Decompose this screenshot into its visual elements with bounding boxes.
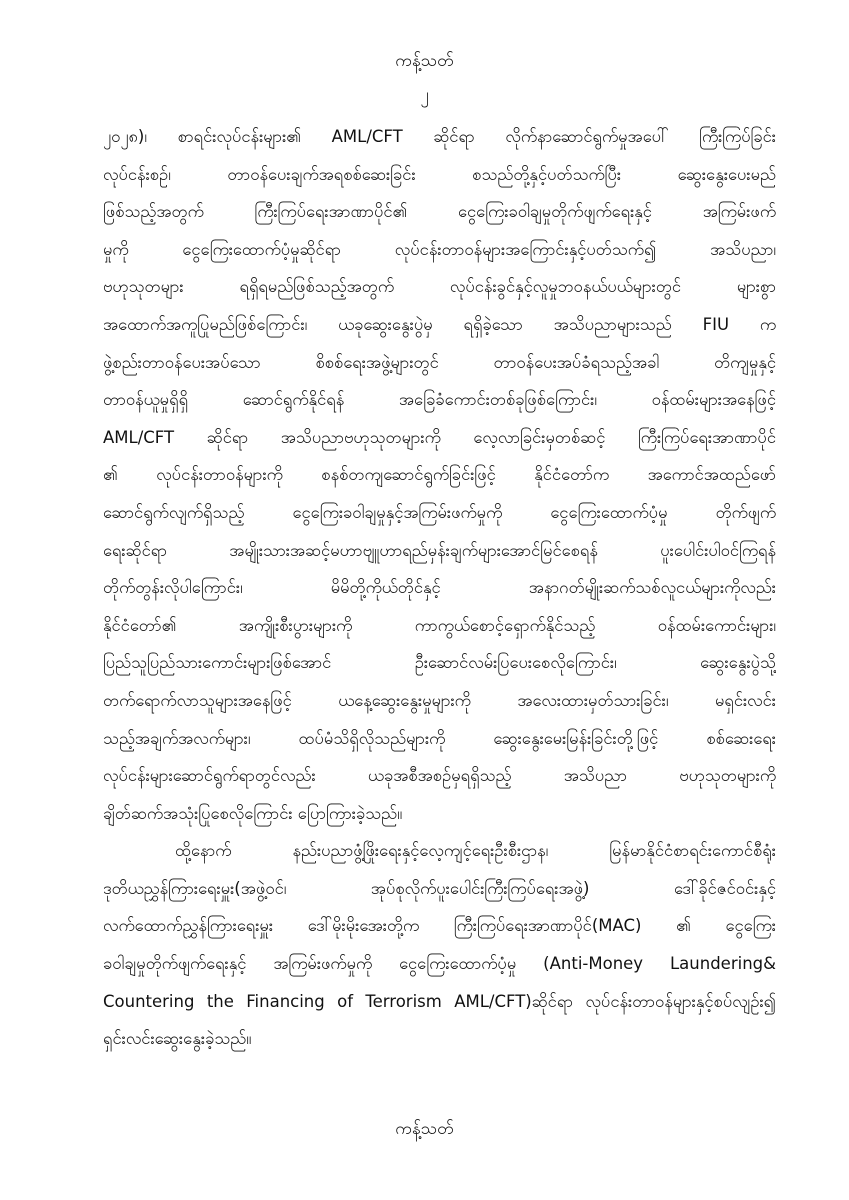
text-line: နိုင်ငံတော်၏ အကျိုးစီးပွားများကို ကာကွယ်… <box>103 607 776 645</box>
text-line: AML/CFT ဆိုင်ရာ အသိပညာဗဟုသုတများကို လေ့လ… <box>103 419 776 457</box>
text-line: ဗဟုသုတများ ရရှိရမည်ဖြစ်သည့်အတွက် လုပ်ငန်… <box>103 268 776 306</box>
text-line: Countering the Financing of Terrorism AM… <box>103 983 776 1021</box>
page-number: ၂ <box>0 84 849 109</box>
text-line: ရေးဆိုင်ရာ အမျိုးသားအဆင့်မဟာဗျူဟာရည်မှန်… <box>103 532 776 570</box>
classification-footer: ကန့်သတ် <box>0 1118 849 1143</box>
text-line: အထောက်အကူပြုမည်ဖြစ်ကြောင်း၊ ယခုဆွေးနွေးပ… <box>103 306 776 344</box>
document-body: ၂၀၂၈)၊ စာရင်းလုပ်ငန်းများ၏ AML/CFT ဆိုင်… <box>103 118 776 1058</box>
text-line: လုပ်ငန်းများဆောင်ရွက်ရာတွင်လည်း ယခုအစီအစ… <box>103 757 776 795</box>
text-line: မှုကို ငွေကြေးထောက်ပံ့မှုဆိုင်ရာ လုပ်ငန်… <box>103 231 776 269</box>
text-line: လက်ထောက်ညွှန်ကြားရေးမှူး ဒေါ်မိုးမိုးအေး… <box>103 907 776 945</box>
text-line: ထို့နောက် နည်းပညာဖွံ့ဖြိုးရေးနှင့်လေ့ကျင… <box>103 832 776 870</box>
document-page: ကန့်သတ် ၂ ၂၀၂၈)၊ စာရင်းလုပ်ငန်းများ၏ AML… <box>0 0 849 1200</box>
text-line: တက်ရောက်လာသူများအနေဖြင့် ယနေ့ဆွေးနွေးမှု… <box>103 682 776 720</box>
paragraph-1: ၂၀၂၈)၊ စာရင်းလုပ်ငန်းများ၏ AML/CFT ဆိုင်… <box>103 118 776 832</box>
text-line: ဖွဲ့စည်းတာဝန်ပေးအပ်သော စိစစ်ရေးအဖွဲ့များ… <box>103 344 776 382</box>
classification-header: ကန့်သတ် <box>0 50 849 75</box>
text-line: ချိတ်ဆက်အသုံးပြုစေလိုကြောင်း ပြောကြားခဲ့… <box>103 795 776 833</box>
text-line: ၏ လုပ်ငန်းတာဝန်များကို စနစ်တကျဆောင်ရွက်ခ… <box>103 456 776 494</box>
text-line: ဖြစ်သည့်အတွက် ကြီးကြပ်ရေးအာဏာပိုင်၏ ငွေက… <box>103 193 776 231</box>
text-line: လုပ်ငန်းစဉ်၊ တာဝန်ပေးချက်အရစစ်ဆေးခြင်း စ… <box>103 156 776 194</box>
text-line: ရှင်းလင်းဆွေးနွေးခဲ့သည်။ <box>103 1020 776 1058</box>
text-line: ဆောင်ရွက်လျက်ရှိသည့် ငွေကြေးခဝါချမှုနှင့… <box>103 494 776 532</box>
text-line: ၂၀၂၈)၊ စာရင်းလုပ်ငန်းများ၏ AML/CFT ဆိုင်… <box>103 118 776 156</box>
text-line: ဒုတိယညွှန်ကြားရေးမှူး(အဖွဲ့ဝင်၊ အုပ်စုလိ… <box>103 870 776 908</box>
paragraph-2: ထို့နောက် နည်းပညာဖွံ့ဖြိုးရေးနှင့်လေ့ကျင… <box>103 832 776 1058</box>
text-line: သည့်အချက်အလက်များ၊ ထပ်မံသိရှိလိုသည်များက… <box>103 720 776 758</box>
text-line: ပြည်သူပြည်သားကောင်းများဖြစ်အောင် ဦးဆောင်… <box>103 644 776 682</box>
text-line: တာဝန်ယူမှုရှိရှိ ဆောင်ရွက်နိုင်ရန် အခြေခ… <box>103 381 776 419</box>
text-line: ခဝါချမှုတိုက်ဖျက်ရေးနှင့် အကြမ်းဖက်မှုကိ… <box>103 945 776 983</box>
text-line: တိုက်တွန်းလိုပါကြောင်း၊ မိမိတို့ကိုယ်တို… <box>103 569 776 607</box>
